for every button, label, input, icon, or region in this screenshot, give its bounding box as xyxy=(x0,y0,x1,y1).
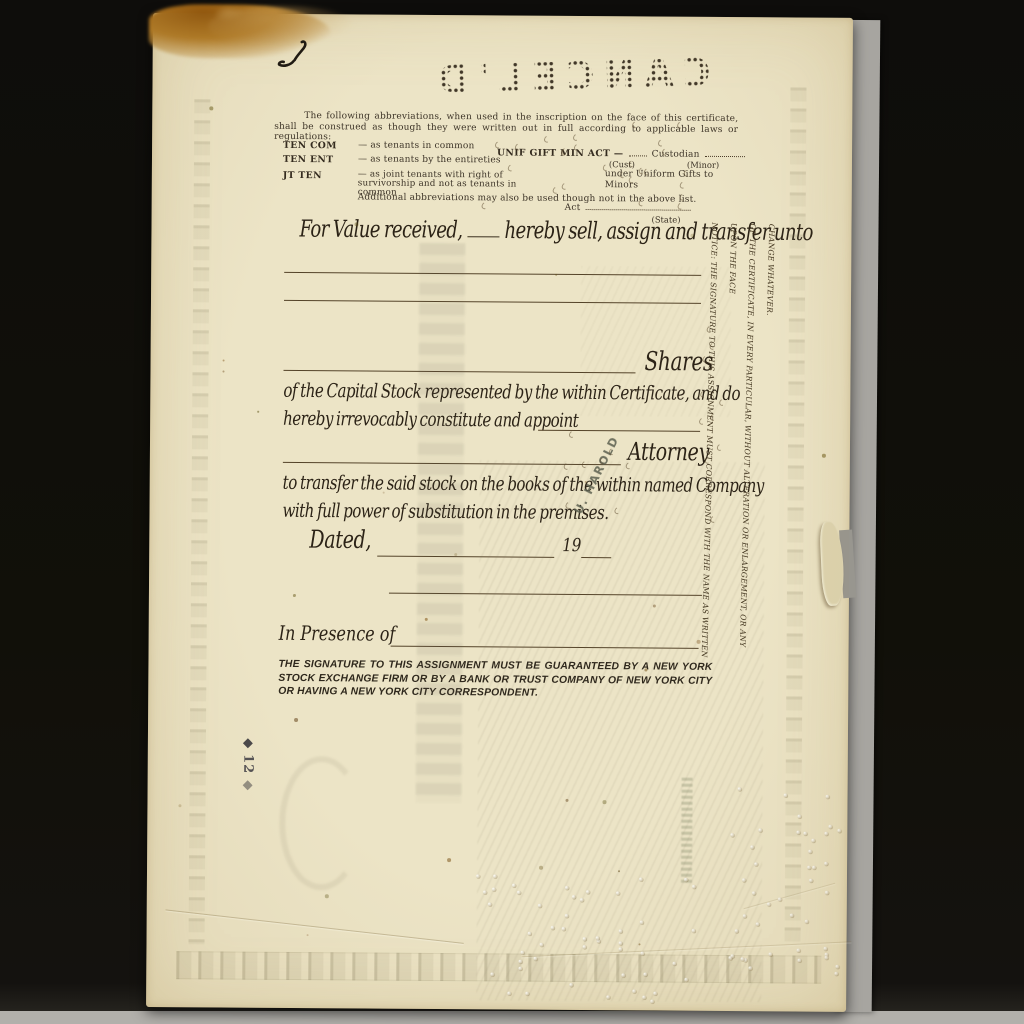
age-speck xyxy=(209,106,213,110)
age-speck xyxy=(222,370,224,372)
custodian-word: Custodian xyxy=(652,149,700,159)
punch-bump xyxy=(824,956,828,960)
punch-bump xyxy=(778,897,782,901)
punch-bump xyxy=(512,884,516,888)
stock-certificate-back: CANCEL'D The following abbreviations, wh… xyxy=(146,13,853,1012)
showthrough-engraving-hatch-2 xyxy=(580,266,731,417)
punch-bump xyxy=(809,879,813,883)
punch-bump xyxy=(758,828,762,832)
punch-bump xyxy=(752,891,756,895)
punch-bump xyxy=(632,989,636,993)
ledger-transfer-mark: ◆ 12 ◆ xyxy=(238,736,258,793)
punch-bump xyxy=(797,815,801,819)
abbr-jt-ten: JT TEN xyxy=(283,170,322,181)
abbr-ten-ent: TEN ENT xyxy=(283,154,334,165)
punch-bump xyxy=(835,965,839,969)
punch-bump xyxy=(483,890,487,894)
age-speck xyxy=(644,668,647,671)
showthrough-vertical-title xyxy=(415,243,465,803)
punch-bump xyxy=(805,920,809,924)
age-speck xyxy=(307,934,309,936)
punch-bump xyxy=(618,947,622,951)
punch-bump xyxy=(807,866,811,870)
punch-bump xyxy=(517,891,521,895)
age-speck xyxy=(293,594,296,597)
punch-bump xyxy=(640,920,644,924)
punch-bump xyxy=(825,891,829,895)
punch-bump xyxy=(742,878,746,882)
punch-bump xyxy=(518,967,522,971)
showthrough-seal-arc xyxy=(279,756,364,891)
age-speck xyxy=(355,222,359,226)
abbr-ten-com-meaning: — as tenants in common xyxy=(358,140,474,151)
punch-bump xyxy=(580,898,584,902)
edge-chip xyxy=(815,518,850,613)
dated-label: Dated, xyxy=(309,526,371,555)
punched-cancelled-text: CANCEL'D xyxy=(440,50,711,102)
punch-bump xyxy=(518,960,522,964)
punch-bump xyxy=(476,874,480,878)
punch-bump xyxy=(684,978,688,982)
punch-bump xyxy=(743,914,747,918)
punch-bump xyxy=(565,886,569,890)
punch-bump xyxy=(824,832,828,836)
punch-bump xyxy=(826,795,830,799)
punch-bump xyxy=(738,787,742,791)
showthrough-engraving-hatch xyxy=(476,460,765,1002)
punch-bump xyxy=(596,936,600,940)
for-value-received: For Value received, xyxy=(299,216,462,244)
punch-bump xyxy=(796,831,800,835)
border-chain-left xyxy=(188,99,210,944)
punch-bump xyxy=(572,895,576,899)
ink-squiggle-mark xyxy=(269,36,311,74)
punch-bump xyxy=(538,904,542,908)
punch-bump xyxy=(643,972,647,976)
punch-bump xyxy=(790,913,794,917)
age-speck xyxy=(822,454,826,458)
punch-bump xyxy=(768,952,772,956)
punch-bump xyxy=(735,929,739,933)
punch-bump xyxy=(803,832,807,836)
age-speck xyxy=(325,894,329,898)
punch-bump xyxy=(639,877,643,881)
punch-bump xyxy=(616,891,620,895)
border-chain-right xyxy=(785,87,807,942)
punched-cancelled: CANCEL'D xyxy=(440,53,710,99)
punch-bump xyxy=(642,995,646,999)
punch-bump xyxy=(828,825,832,829)
punch-bump xyxy=(520,951,524,955)
age-speck xyxy=(178,804,181,807)
punch-bump xyxy=(834,972,838,976)
diamond-icon: ◆ xyxy=(243,736,253,751)
border-chain-bottom xyxy=(176,951,821,984)
punch-bump xyxy=(565,914,569,918)
punch-bump xyxy=(562,927,566,931)
punch-bump xyxy=(823,947,827,951)
age-speck xyxy=(585,481,587,483)
punch-bump xyxy=(653,992,657,996)
punch-bump xyxy=(740,957,744,961)
punch-bump xyxy=(621,973,625,977)
punch-bump xyxy=(619,941,623,945)
punch-bump xyxy=(533,957,537,961)
punch-bump xyxy=(650,999,654,1003)
ledger-number: 12 xyxy=(240,754,255,774)
dotted-leader xyxy=(705,149,745,157)
punch-bump xyxy=(754,862,758,866)
punch-bump xyxy=(730,833,734,837)
punch-bump xyxy=(808,850,812,854)
punch-bump xyxy=(756,922,760,926)
punch-bump xyxy=(606,995,610,999)
age-speck xyxy=(383,492,385,494)
act-word: Act xyxy=(565,203,581,213)
age-speck xyxy=(223,359,225,361)
punch-bump xyxy=(507,991,511,995)
punch-bump xyxy=(539,943,543,947)
diamond-icon: ◆ xyxy=(243,778,253,793)
punch-bump xyxy=(692,885,696,889)
punch-bump xyxy=(730,954,734,958)
age-speck xyxy=(447,858,451,862)
photo-stage: CANCEL'D The following abbreviations, wh… xyxy=(0,0,1024,1024)
age-speck xyxy=(697,640,701,644)
punch-bump xyxy=(824,862,828,866)
punch-bump xyxy=(837,829,841,833)
punch-bump xyxy=(684,878,688,882)
punch-bump xyxy=(692,929,696,933)
punch-bump xyxy=(488,902,492,906)
punch-bump xyxy=(583,937,587,941)
punch-bump xyxy=(640,951,644,955)
age-speck xyxy=(539,866,543,870)
age-speck xyxy=(690,234,694,238)
punch-bump xyxy=(582,945,586,949)
punch-bump xyxy=(748,966,752,970)
dotted-leader xyxy=(629,148,647,156)
stain-spot-top xyxy=(215,7,245,21)
punch-bump xyxy=(493,874,497,878)
punch-bump xyxy=(797,959,801,963)
name-gap-line xyxy=(467,236,499,237)
punch-bump xyxy=(551,926,555,930)
presence-label: In Presence of xyxy=(279,621,396,646)
punch-bump xyxy=(811,839,815,843)
punch-bump xyxy=(784,793,788,797)
punch-bump xyxy=(672,962,676,966)
punch-bump xyxy=(586,890,590,894)
abbr-ten-com: TEN COM xyxy=(283,140,337,151)
punch-bump xyxy=(490,972,494,976)
punch-bump xyxy=(812,866,816,870)
punch-bump xyxy=(569,983,573,987)
wrinkle-crease xyxy=(166,909,464,943)
punch-bump xyxy=(796,949,800,953)
punch-bump xyxy=(750,845,754,849)
minor-caption: (Minor) xyxy=(687,160,719,170)
punch-bump xyxy=(525,992,529,996)
punch-bump xyxy=(767,902,771,906)
punch-bump xyxy=(492,887,496,891)
table-surface-edge xyxy=(0,1011,1024,1024)
age-speck xyxy=(294,718,298,722)
age-speck xyxy=(555,274,557,276)
punch-bump xyxy=(528,932,532,936)
punch-bump xyxy=(619,929,623,933)
age-speck xyxy=(257,411,259,413)
gift-act-block: UNIF GIFT MIN ACT — Custodian (Cust) (Mi… xyxy=(497,140,730,225)
age-speck xyxy=(602,800,606,804)
abbr-ten-ent-meaning: — as tenants by the entireties xyxy=(358,154,501,165)
